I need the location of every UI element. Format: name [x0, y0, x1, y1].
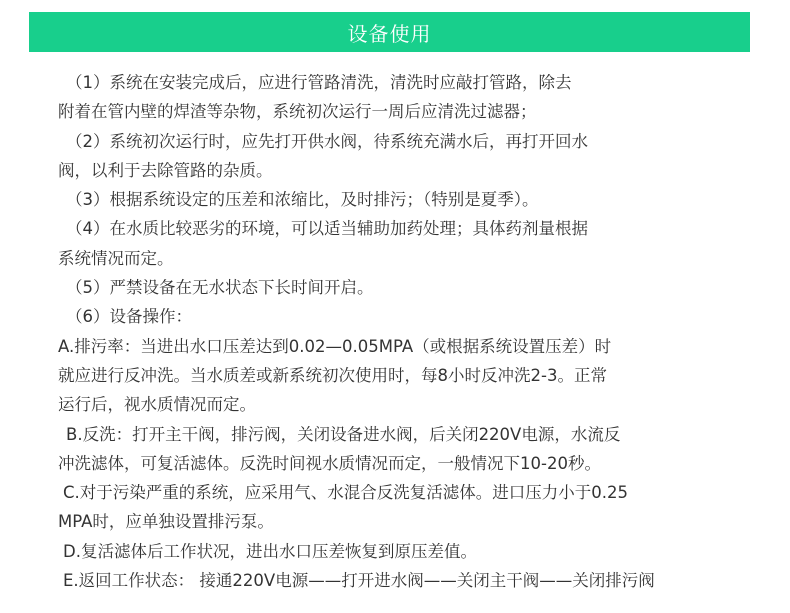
- instruction-line-4: 阀，以利于去除管路的杂质。: [58, 156, 758, 185]
- instruction-line-1: （1）系统在安装完成后，应进行管路清洗，清洗时应敲打管路，除去: [58, 68, 758, 97]
- instruction-line-14: 冲洗滤体，可复活滤体。反洗时间视水质情况而定，一般情况下10-20秒。: [58, 449, 758, 478]
- instruction-line-12: 运行后，视水质情况而定。: [58, 390, 758, 419]
- usage-instructions: （1）系统在安装完成后，应进行管路清洗，清洗时应敲打管路，除去 附着在管内壁的焊…: [58, 68, 758, 595]
- instruction-line-2: 附着在管内壁的焊渣等杂物，系统初次运行一周后应清洗过滤器；: [58, 97, 758, 126]
- instruction-line-3: （2）系统初次运行时，应先打开供水阀，待系统充满水后，再打开回水: [58, 127, 758, 156]
- instruction-line-6: （4）在水质比较恶劣的环境，可以适当辅助加药处理；具体药剂量根据: [58, 214, 758, 243]
- instruction-line-17: D.复活滤体后工作状况，进出水口压差恢复到原压差值。: [58, 537, 758, 566]
- instruction-line-18: E.返回工作状态： 接通220V电源——打开进水阀——关闭主干阀——关闭排污阀: [58, 566, 758, 595]
- instruction-line-10: A.排污率：当进出水口压差达到0.02—0.05MPA（或根据系统设置压差）时: [58, 332, 758, 361]
- section-header-banner: 设备使用: [29, 12, 750, 52]
- instruction-line-16: MPA时，应单独设置排污泵。: [58, 507, 758, 536]
- section-title: 设备使用: [348, 18, 432, 47]
- instruction-line-5: （3）根据系统设定的压差和浓缩比，及时排污；（特别是夏季）。: [58, 185, 758, 214]
- instruction-line-8: （5）严禁设备在无水状态下长时间开启。: [58, 273, 758, 302]
- instruction-line-11: 就应进行反冲洗。当水质差或新系统初次使用时，每8小时反冲洗2-3。正常: [58, 361, 758, 390]
- instruction-line-7: 系统情况而定。: [58, 244, 758, 273]
- instruction-line-15: C.对于污染严重的系统，应采用气、水混合反洗复活滤体。进口压力小于0.25: [58, 478, 758, 507]
- instruction-line-9: （6）设备操作：: [58, 302, 758, 331]
- instruction-line-13: B.反洗：打开主干阀，排污阀，关闭设备进水阀，后关闭220V电源，水流反: [58, 420, 758, 449]
